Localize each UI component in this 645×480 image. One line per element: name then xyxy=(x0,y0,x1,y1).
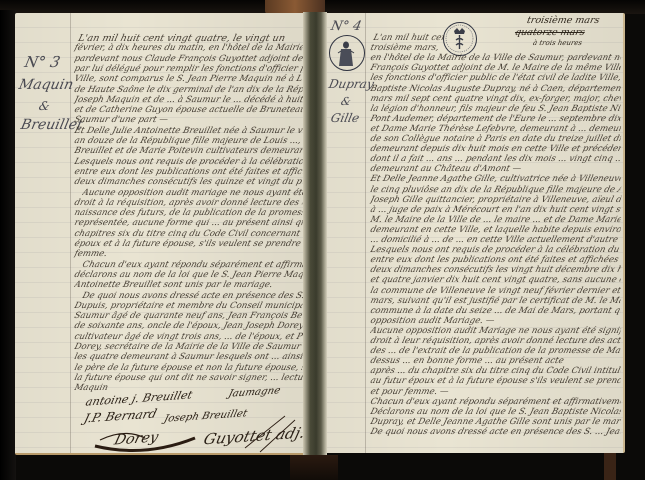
spine-bottom xyxy=(290,455,338,480)
handwritten-line: Et Delle Jeanne Agathe Gille, cultivatri… xyxy=(369,174,622,185)
book-spine xyxy=(303,12,327,458)
handwritten-line: deux dimanches consécutifs les quinze et… xyxy=(73,177,304,188)
handwritten-line: Aucune opposition audit mariage ne nous … xyxy=(81,188,305,199)
handwritten-line: Ville, sont comparus le S. Jean Pierre M… xyxy=(73,74,304,85)
handwritten-line: mars mil sept cent quatre vingt dix, ex-… xyxy=(369,94,622,105)
act-number: N° 4 xyxy=(329,19,362,34)
handwritten-line: les fonctions d'officier public de l'éta… xyxy=(369,73,622,84)
handwritten-line: de Haute Saône le dix germinal de l'an d… xyxy=(73,85,304,96)
handwritten-line: le père de la future épouse et non la fu… xyxy=(73,363,304,374)
signature-flourishes xyxy=(85,408,305,455)
handwritten-line: Lesquels nous ont requis de procéder à l… xyxy=(73,157,304,168)
act-number: N° 3 xyxy=(23,53,62,71)
handwritten-line: de soixante ans, oncle de l'époux, Jean … xyxy=(73,321,304,332)
handwritten-line: Saumur d'une part — xyxy=(73,115,304,126)
register-scan: N° 3 Maquin & Breuillet L'an mil huit ce… xyxy=(0,0,645,480)
royal-seal-stamp xyxy=(443,22,477,56)
handwritten-line: le cinq pluviôse an dix de la République… xyxy=(369,185,622,196)
handwritten-line: Chacun d'eux ayant répondu séparément et… xyxy=(369,397,622,408)
handwritten-line: et quatre janvier dix huit cent vingt qu… xyxy=(369,275,622,286)
figure-stamp-icon xyxy=(330,36,363,69)
handwritten-line: février, à dix heures du matin, en l'hôt… xyxy=(73,43,304,54)
crown-fleur-de-lis-icon xyxy=(444,23,475,54)
margin-name-bride: Gille xyxy=(330,111,361,125)
left-edge-shadow xyxy=(0,10,16,480)
handwritten-line: et pour femme. — xyxy=(369,387,622,398)
handwritten-line: Baptiste Nicolas Auguste Dupray, né à Ca… xyxy=(369,84,622,95)
handwritten-line: pardevant nous Claude François Guyottet … xyxy=(73,54,304,65)
handwritten-line: la commune de Villeneuve le vingt neuf f… xyxy=(369,286,622,297)
annotation-added-date: troisième mars xyxy=(526,15,601,26)
handwritten-line: Breuillet et de Marie Poitevin cultivate… xyxy=(73,146,304,157)
handwritten-line: Chacun d'eux ayant répondu séparément et… xyxy=(81,260,305,271)
handwritten-line: Antoinette Breuillet sont unis par le ma… xyxy=(73,280,304,291)
left-page: N° 3 Maquin & Breuillet L'an mil huit ce… xyxy=(15,13,305,455)
right-page: N° 4 Dupray & Gille troisième mars quato… xyxy=(327,13,625,453)
margin-name-groom: Dupray xyxy=(328,77,376,91)
handwritten-line: Joseph Gille quittancier, propriétaire à… xyxy=(369,195,622,206)
handwritten-line: mars, suivant qu'il est justifié par le … xyxy=(369,296,622,307)
handwritten-line: au futur époux et à la future épouse s'i… xyxy=(369,376,622,387)
margin-name-groom: Maquin xyxy=(17,77,75,93)
handwritten-line: représentée, aucune forme qui ... au pré… xyxy=(73,218,304,229)
annotation-struck-date: quatorze mars xyxy=(514,27,586,38)
handwritten-line: De quoi nous avons dressé acte en présen… xyxy=(81,291,305,302)
handwritten-line: De quoi nous avons dressé acte en présen… xyxy=(369,427,622,438)
handwritten-line: femme. xyxy=(73,249,304,260)
page-corner-tab xyxy=(604,452,616,480)
margin-stamp xyxy=(329,35,365,71)
handwritten-line: les quatre demeurant à Saumur lesquels o… xyxy=(73,352,304,363)
annotation-time: à trois heures xyxy=(532,39,583,47)
